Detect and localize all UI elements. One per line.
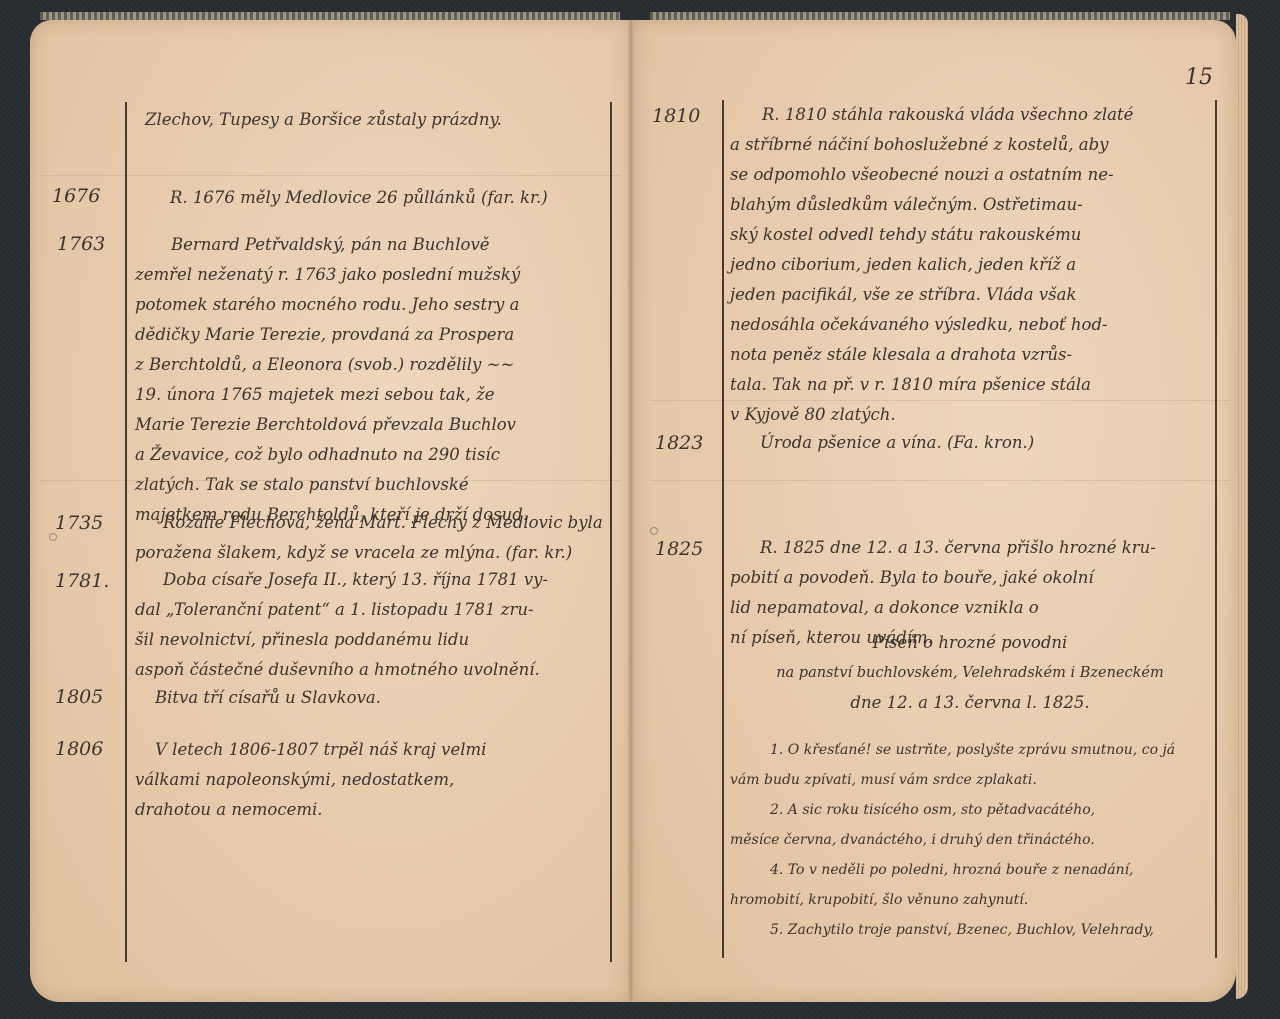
verse-line: 1. O křesťané! se ustrňte, poslyšte zprá…	[730, 735, 1175, 765]
punch-hole	[650, 527, 658, 535]
text-line: jedno ciborium, jeden kalich, jeden kříž…	[730, 250, 1133, 280]
page-number: 15	[1185, 65, 1213, 90]
right-margin-line	[722, 100, 724, 958]
song-title: Píseň o hrozné povodni na panství buchlo…	[730, 628, 1210, 718]
entry-text: Rozalie Flechová, žena Mart. Flechy z Me…	[135, 508, 603, 568]
text-line: R. 1676 měly Medlovice 26 půllánků (far.…	[170, 183, 548, 213]
text-line: Bitva tří císařů u Slavkova.	[155, 683, 381, 713]
text-line: dědičky Marie Terezie, provdaná za Prosp…	[135, 320, 528, 350]
song-title-line: na panství buchlovském, Velehradském i B…	[730, 658, 1210, 688]
entry-text: Bernard Petřvaldský, pán na Buchlově zem…	[135, 230, 528, 530]
entry-year: 1823	[655, 432, 703, 454]
entry-text: Doba císaře Josefa II., který 13. října …	[135, 565, 548, 685]
verse-line: 4. To v neděli po poledni, hrozná bouře …	[730, 855, 1175, 885]
text-line: Bernard Petřvaldský, pán na Buchlově	[135, 230, 528, 260]
text-line: nota peněz stále klesala a drahota vzrůs…	[730, 340, 1133, 370]
text-line: pobití a povodeň. Byla to bouře, jaké ok…	[730, 563, 1156, 593]
text-line: zlatých. Tak se stalo panství buchlovské	[135, 470, 528, 500]
text-line: poražena šlakem, když se vracela ze mlýn…	[135, 538, 603, 568]
entry-text: Zlechov, Tupesy a Boršice zůstaly prázdn…	[145, 105, 502, 135]
text-line: jeden pacifikál, vše ze stříbra. Vláda v…	[730, 280, 1133, 310]
entry-text: Úroda pšenice a vína. (Fa. kron.)	[760, 428, 1034, 458]
rule-line	[40, 175, 620, 176]
text-line: Úroda pšenice a vína. (Fa. kron.)	[760, 428, 1034, 458]
entry-year: 1805	[55, 686, 103, 708]
entry-year: 1676	[52, 185, 100, 207]
text-line: V letech 1806-1807 trpěl náš kraj velmi	[135, 735, 486, 765]
text-line: 19. února 1765 majetek mezi sebou tak, ž…	[135, 380, 528, 410]
text-line: nedosáhla očekávaného výsledku, neboť ho…	[730, 310, 1133, 340]
page-stack-top-right	[650, 12, 1230, 20]
verse-line: 5. Zachytilo troje panství, Bzenec, Buch…	[730, 915, 1175, 945]
text-line: dal „Toleranční patent“ a 1. listopadu 1…	[135, 595, 548, 625]
text-line: Doba císaře Josefa II., který 13. října …	[135, 565, 548, 595]
entry-text: Bitva tří císařů u Slavkova.	[155, 683, 381, 713]
entry-year: 1781.	[55, 570, 109, 592]
text-line: Rozalie Flechová, žena Mart. Flechy z Me…	[135, 508, 603, 538]
entry-year: 1810	[652, 105, 700, 127]
verse-line: hromobití, krupobití, šlo věnuno zahynut…	[730, 885, 1175, 915]
song-title-line: Píseň o hrozné povodni	[730, 628, 1210, 658]
verse-line: vám budu zpívati, musí vám srdce zplakat…	[730, 765, 1175, 795]
text-line: potomek starého mocného rodu. Jeho sestr…	[135, 290, 528, 320]
text-line: v Kyjově 80 zlatých.	[730, 400, 1133, 430]
text-line: zemřel neženatý r. 1763 jako poslední mu…	[135, 260, 528, 290]
text-line: ský kostel odvedl tehdy státu rakouskému	[730, 220, 1133, 250]
verse-line: měsíce června, dvanáctého, i druhý den t…	[730, 825, 1175, 855]
text-line: a stříbrné náčiní bohoslužebné z kostelů…	[730, 130, 1133, 160]
entry-text: V letech 1806-1807 trpěl náš kraj velmi …	[135, 735, 486, 825]
punch-hole	[49, 533, 57, 541]
entry-year: 1735	[55, 512, 103, 534]
page-stack-top-left	[40, 12, 620, 20]
text-line: Zlechov, Tupesy a Boršice zůstaly prázdn…	[145, 105, 502, 135]
text-line: Marie Terezie Berchtoldová převzala Buch…	[135, 410, 528, 440]
rule-line	[650, 480, 1230, 481]
text-line: R. 1810 stáhla rakouská vláda všechno zl…	[730, 100, 1133, 130]
text-line: aspoň částečné duševního a hmotného uvol…	[135, 655, 548, 685]
text-line: se odpomohlo všeobecné nouzi a ostatním …	[730, 160, 1133, 190]
song-title-line: dne 12. a 13. června l. 1825.	[730, 688, 1210, 718]
right-right-margin-line	[1215, 100, 1217, 958]
entry-year: 1763	[57, 233, 105, 255]
text-line: z Berchtoldů, a Eleonora (svob.) rozděli…	[135, 350, 528, 380]
song-verses: 1. O křesťané! se ustrňte, poslyšte zprá…	[730, 735, 1175, 945]
text-line: šil nevolnictví, přinesla poddanému lidu	[135, 625, 548, 655]
verse-line: 2. A sic roku tisícého osm, sto pětadvac…	[730, 795, 1175, 825]
entry-text: R. 1676 měly Medlovice 26 půllánků (far.…	[170, 183, 548, 213]
text-line: lid nepamatoval, a dokonce vznikla o	[730, 593, 1156, 623]
entry-year: 1825	[655, 538, 703, 560]
text-line: válkami napoleonskými, nedostatkem,	[135, 765, 486, 795]
entry-text: R. 1810 stáhla rakouská vláda všechno zl…	[730, 100, 1133, 430]
text-line: blahým důsledkům válečným. Ostřetimau-	[730, 190, 1133, 220]
text-line: tala. Tak na př. v r. 1810 míra pšenice …	[730, 370, 1133, 400]
text-line: a Ževavice, což bylo odhadnuto na 290 ti…	[135, 440, 528, 470]
entry-year: 1806	[55, 738, 103, 760]
text-line: R. 1825 dne 12. a 13. června přišlo hroz…	[730, 533, 1156, 563]
page-stack-edge	[1236, 14, 1248, 999]
text-line: drahotou a nemocemi.	[135, 795, 486, 825]
left-margin-line	[125, 102, 127, 962]
left-right-margin-line	[610, 102, 612, 962]
